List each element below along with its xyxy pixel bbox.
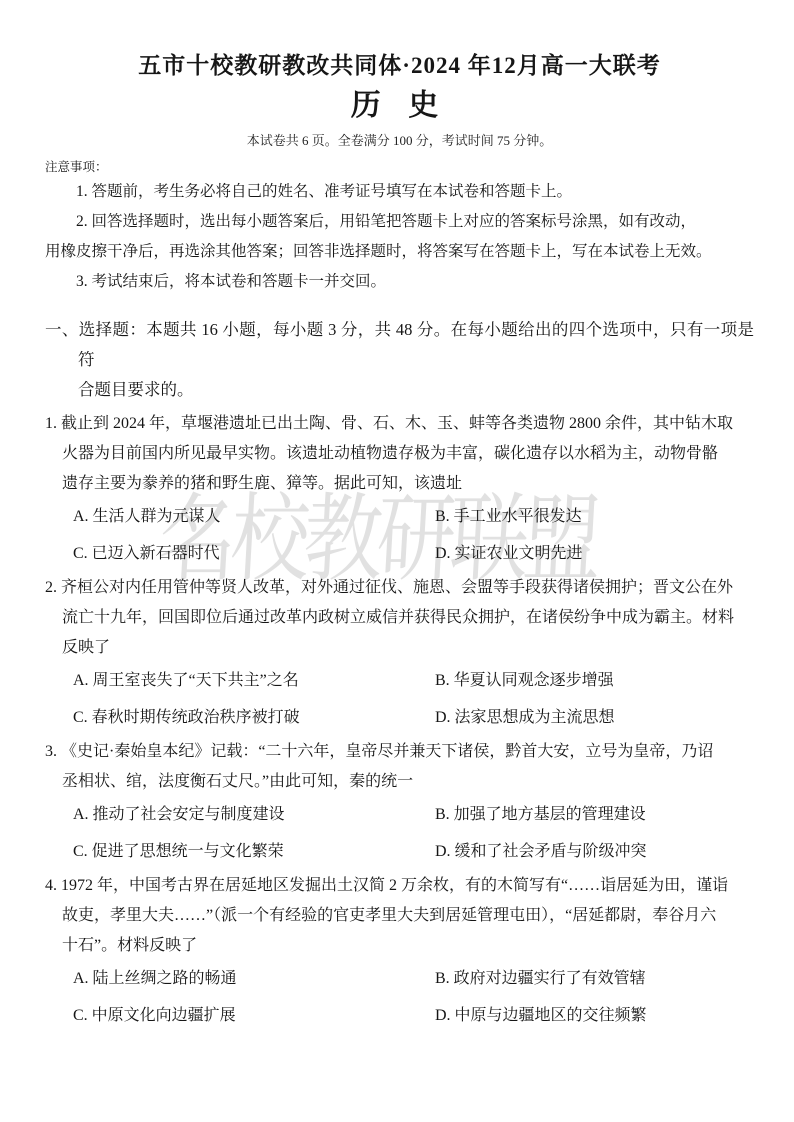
question-2-option-d: D. 法家思想成为主流思想 — [435, 703, 754, 733]
question-4-option-d: D. 中原与边疆地区的交往频繁 — [435, 1001, 754, 1031]
notice-item-3: 3. 考试结束后，将本试卷和答题卡一并交回。 — [45, 267, 754, 297]
exam-info-line: 本试卷共 6 页。全卷满分 100 分，考试时间 75 分钟。 — [45, 131, 754, 150]
question-3-option-c: C. 促进了思想统一与文化繁荣 — [73, 837, 435, 867]
question-2-option-c: C. 春秋时期传统政治秩序被打破 — [73, 703, 435, 733]
question-2-options: A. 周王室丧失了“天下共主”之名 B. 华夏认同观念逐步增强 C. 春秋时期传… — [73, 666, 754, 733]
question-4-options: A. 陆上丝绸之路的畅通 B. 政府对边疆实行了有效管辖 C. 中原文化向边疆扩… — [73, 964, 754, 1031]
question-1-option-b: B. 手工业水平很发达 — [435, 502, 754, 532]
question-4-option-b: B. 政府对边疆实行了有效管辖 — [435, 964, 754, 994]
question-3: 3. 《史记·秦始皇本纪》记载：“二十六年，皇帝尽并兼天下诸侯，黔首大安，立号为… — [45, 737, 754, 867]
page-title: 五市十校教研教改共同体·2024 年12月高一大联考 — [45, 50, 754, 81]
question-4-option-a: A. 陆上丝绸之路的畅通 — [73, 964, 435, 994]
question-2-option-b: B. 华夏认同观念逐步增强 — [435, 666, 754, 696]
notice-item-2: 2. 回答选择题时，选出每小题答案后，用铅笔把答题卡上对应的答案标号涂黑，如有改… — [45, 207, 754, 267]
question-3-options: A. 推动了社会安定与制度建设 B. 加强了地方基层的管理建设 C. 促进了思想… — [73, 800, 754, 867]
question-2-stem: 2. 齐桓公对内任用管仲等贤人改革，对外通过征伐、施恩、会盟等手段获得诸侯拥护；… — [45, 573, 754, 663]
exam-page: 五市十校教研教改共同体·2024 年12月高一大联考 历 史 本试卷共 6 页。… — [0, 0, 794, 1031]
question-1: 1. 截止到 2024 年，草堰港遗址已出土陶、骨、石、木、玉、蚌等各类遗物 2… — [45, 409, 754, 569]
question-3-option-b: B. 加强了地方基层的管理建设 — [435, 800, 754, 830]
subject-title: 历 史 — [45, 87, 754, 125]
question-4-stem: 4. 1972 年，中国考古界在居延地区发掘出土汉简 2 万余枚，有的木简写有“… — [45, 871, 754, 961]
question-4: 4. 1972 年，中国考古界在居延地区发掘出土汉简 2 万余枚，有的木简写有“… — [45, 871, 754, 1031]
notice-heading: 注意事项： — [45, 158, 754, 177]
question-1-stem: 1. 截止到 2024 年，草堰港遗址已出土陶、骨、石、木、玉、蚌等各类遗物 2… — [45, 409, 754, 499]
question-1-option-d: D. 实证农业文明先进 — [435, 539, 754, 569]
question-2-option-a: A. 周王室丧失了“天下共主”之名 — [73, 666, 435, 696]
question-1-options: A. 生活人群为元谋人 B. 手工业水平很发达 C. 已迈入新石器时代 D. 实… — [73, 502, 754, 569]
question-1-option-a: A. 生活人群为元谋人 — [73, 502, 435, 532]
question-3-stem: 3. 《史记·秦始皇本纪》记载：“二十六年，皇帝尽并兼天下诸侯，黔首大安，立号为… — [45, 737, 754, 797]
question-1-option-c: C. 已迈入新石器时代 — [73, 539, 435, 569]
notice-item-1: 1. 答题前，考生务必将自己的姓名、准考证号填写在本试卷和答题卡上。 — [45, 177, 754, 207]
question-3-option-d: D. 缓和了社会矛盾与阶级冲突 — [435, 837, 754, 867]
question-4-option-c: C. 中原文化向边疆扩展 — [73, 1001, 435, 1031]
question-3-option-a: A. 推动了社会安定与制度建设 — [73, 800, 435, 830]
question-2: 2. 齐桓公对内任用管仲等贤人改革，对外通过征伐、施恩、会盟等手段获得诸侯拥护；… — [45, 573, 754, 733]
section-header-choice-questions: 一、选择题：本题共 16 小题，每小题 3 分，共 48 分。在每小题给出的四个… — [45, 315, 754, 405]
